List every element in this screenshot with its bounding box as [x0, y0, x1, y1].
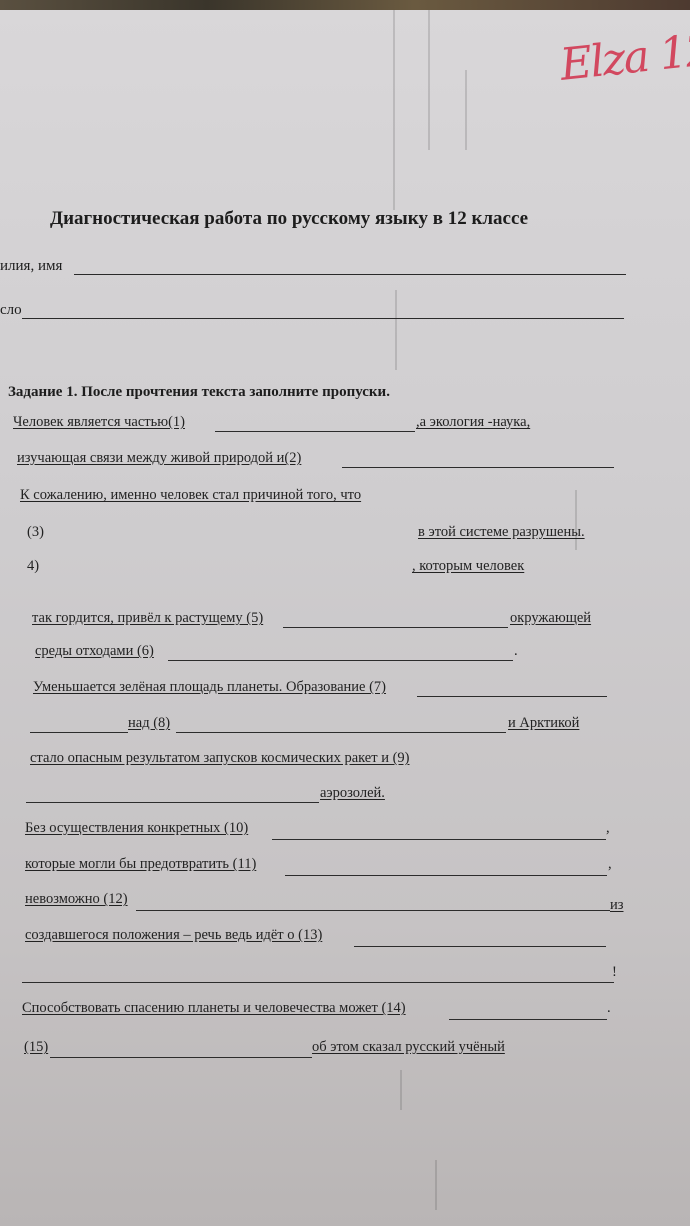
line-text-right: ,: [608, 856, 612, 873]
line-text-left: которые могли бы предотвратить (11): [25, 856, 256, 873]
line-text-right: , которым человек: [412, 558, 524, 575]
answer-blank-7b[interactable]: [30, 732, 128, 733]
answer-blank-8[interactable]: [176, 732, 506, 733]
line-text-left: стало опасным результатом запусков косми…: [30, 750, 410, 767]
line-text-left: среды отходами (6): [35, 643, 154, 660]
date-field-label: сло: [0, 302, 22, 318]
answer-blank-9[interactable]: [26, 802, 319, 803]
line-text-left: Уменьшается зелёная площадь планеты. Обр…: [33, 679, 386, 696]
task-line: К сожалению, именно человек стал причино…: [0, 487, 690, 507]
line-text-left: над (8): [128, 715, 170, 732]
line-text-right: об этом сказал русский учёный: [312, 1039, 505, 1056]
task-heading: Задание 1. После прочтения текста заполн…: [8, 384, 390, 401]
task-line: 4) , которым человек: [0, 558, 690, 578]
line-text-left: невозможно (12): [25, 891, 128, 908]
answer-blank-14[interactable]: [449, 1019, 607, 1020]
date-field-line: [22, 318, 624, 319]
line-text-right: .: [514, 643, 518, 660]
line-text-right: из: [610, 897, 624, 914]
task-line: изучающая связи между живой природой и(2…: [0, 450, 690, 470]
task-line: Человек является частью(1) ,а экология -…: [0, 414, 690, 434]
answer-blank-6[interactable]: [168, 660, 513, 661]
printer-streak: [435, 1160, 437, 1210]
name-field[interactable]: илия, имя: [0, 258, 628, 278]
task-line: невозможно (12) из: [0, 891, 690, 911]
page-title: Диагностическая работа по русскому языку…: [50, 208, 528, 230]
printer-streak: [428, 10, 430, 150]
task-line: так гордится, привёл к растущему (5) окр…: [0, 610, 690, 630]
answer-blank-15[interactable]: [50, 1057, 312, 1058]
line-text-right: аэрозолей.: [320, 785, 385, 802]
line-text-left: изучающая связи между живой природой и(2…: [17, 450, 301, 467]
worksheet-page: Elza 12 Диагностическая работа по русско…: [0, 10, 690, 1226]
line-text-right: .: [607, 1000, 611, 1017]
task-line: !: [0, 964, 690, 984]
name-field-label: илия, имя: [0, 258, 62, 274]
task-line: стало опасным результатом запусков косми…: [0, 750, 690, 770]
task-line: (3) в этой системе разрушены.: [0, 524, 690, 544]
answer-blank-13b[interactable]: [22, 982, 614, 983]
answer-blank-2[interactable]: [342, 467, 614, 468]
task-line: Уменьшается зелёная площадь планеты. Обр…: [0, 679, 690, 699]
line-text-left: К сожалению, именно человек стал причино…: [20, 487, 361, 504]
line-text-right: в этой системе разрушены.: [418, 524, 585, 541]
answer-blank-7[interactable]: [417, 696, 607, 697]
printer-streak: [465, 70, 467, 150]
line-text-right: ,а экология -наука,: [416, 414, 530, 431]
line-text-right: окружающей: [510, 610, 591, 627]
answer-blank-11[interactable]: [285, 875, 607, 876]
date-field[interactable]: сло: [0, 302, 626, 322]
handwritten-name: Elza 12: [558, 24, 690, 91]
answer-blank-12[interactable]: [136, 910, 610, 911]
printer-streak: [400, 1070, 402, 1110]
line-text-right: ,: [606, 820, 610, 837]
task-line: которые могли бы предотвратить (11) ,: [0, 856, 690, 876]
task-line: среды отходами (6) .: [0, 643, 690, 663]
line-text-left: создавшегося положения – речь ведь идёт …: [25, 927, 322, 944]
line-text-right: !: [612, 964, 617, 981]
answer-blank-5[interactable]: [283, 627, 508, 628]
name-field-line: [74, 274, 626, 275]
printer-streak: [393, 10, 395, 210]
task-line: Способствовать спасению планеты и челове…: [0, 1000, 690, 1020]
answer-blank-1[interactable]: [215, 431, 415, 432]
task-line: Без осуществления конкретных (10) ,: [0, 820, 690, 840]
task-line: над (8) и Арктикой: [0, 715, 690, 735]
line-text-left: Способствовать спасению планеты и челове…: [22, 1000, 406, 1017]
line-text-right: и Арктикой: [508, 715, 579, 732]
answer-blank-13[interactable]: [354, 946, 606, 947]
line-text-left: (3): [27, 524, 44, 541]
line-text-left: Человек является частью(1): [13, 414, 185, 431]
answer-blank-10[interactable]: [272, 839, 606, 840]
task-line: аэрозолей.: [0, 785, 690, 805]
task-line: (15) об этом сказал русский учёный: [0, 1039, 690, 1059]
line-text-left: 4): [27, 558, 39, 575]
line-text-left: (15): [24, 1039, 48, 1056]
line-text-left: Без осуществления конкретных (10): [25, 820, 248, 837]
task-line: создавшегося положения – речь ведь идёт …: [0, 927, 690, 947]
line-text-left: так гордится, привёл к растущему (5): [32, 610, 263, 627]
